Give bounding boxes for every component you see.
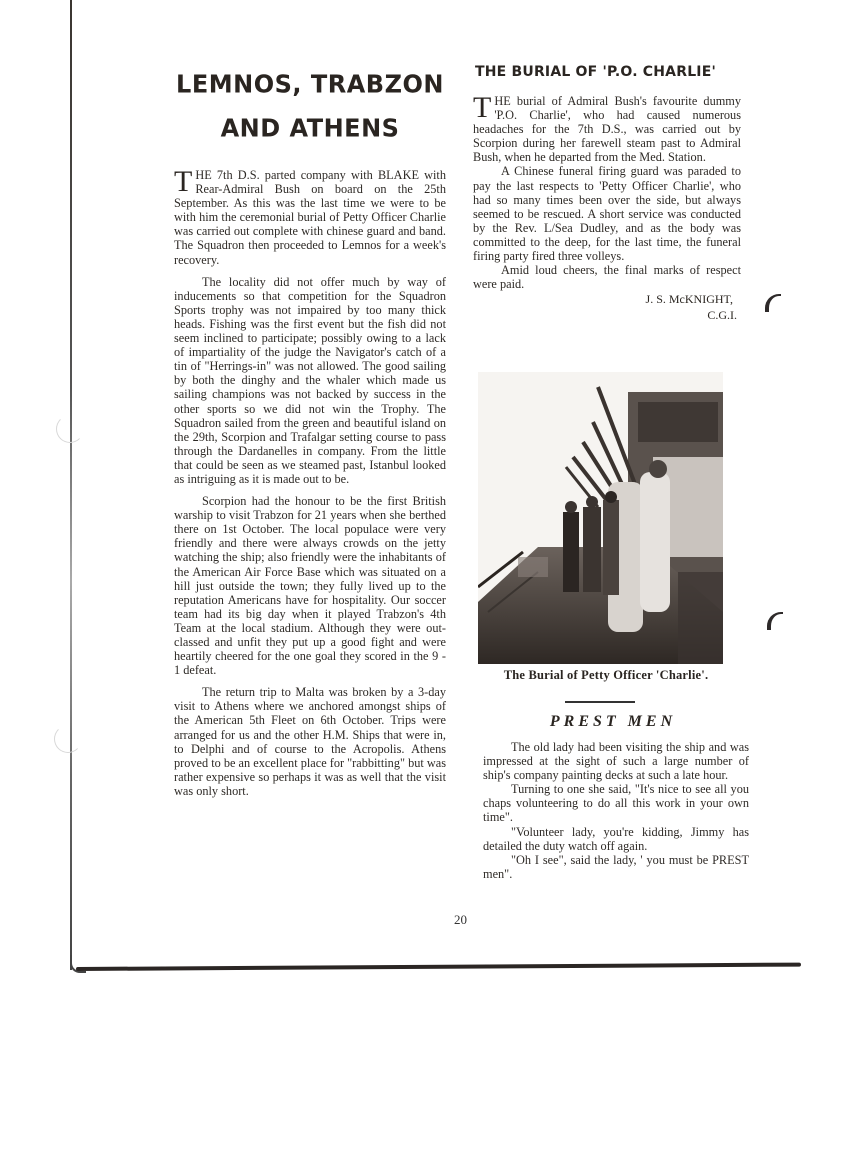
punch-hole-mark bbox=[56, 415, 84, 443]
article-paragraph: Turning to one she said, "It's nice to s… bbox=[483, 782, 749, 824]
article-paragraph: "Oh I see", said the lady, ' you must be… bbox=[483, 853, 749, 881]
author-name: J. S. McKNIGHT, bbox=[473, 291, 741, 307]
author-title: C.G.I. bbox=[473, 307, 741, 323]
page-left-edge bbox=[70, 0, 72, 970]
binder-clip-icon bbox=[765, 294, 781, 312]
article-prest-men: The old lady had been visiting the ship … bbox=[483, 740, 749, 881]
page-number: 20 bbox=[454, 912, 467, 928]
article-paragraph: The old lady had been visiting the ship … bbox=[483, 740, 749, 782]
article-paragraph: The locality did not offer much by way o… bbox=[174, 275, 446, 486]
punch-hole-mark bbox=[54, 725, 82, 753]
article-paragraph: Scorpion had the honour to be the first … bbox=[174, 494, 446, 677]
article-headline: THE BURIAL OF 'P.O. CHARLIE' bbox=[475, 64, 741, 80]
article-paragraph: The return trip to Malta was broken by a… bbox=[174, 685, 446, 798]
burial-photo bbox=[478, 372, 723, 664]
binder-clip-icon bbox=[767, 612, 783, 630]
article-burial-po-charlie: THE BURIAL OF 'P.O. CHARLIE' THE burial … bbox=[473, 62, 741, 323]
photo-caption: The Burial of Petty Officer 'Charlie'. bbox=[478, 668, 734, 683]
section-divider bbox=[565, 701, 635, 703]
article-paragraph: A Chinese funeral firing guard was parad… bbox=[473, 164, 741, 263]
headline-line-2: AND ATHENS bbox=[174, 105, 446, 151]
headline-line-1: LEMNOS, TRABZON bbox=[174, 61, 446, 107]
article-paragraph: THE burial of Admiral Bush's favourite d… bbox=[473, 94, 741, 164]
drop-cap: T bbox=[174, 170, 192, 194]
article-headline-prest-men: PREST MEN bbox=[478, 713, 748, 731]
page-bottom-edge bbox=[76, 963, 801, 971]
article-paragraph: THE 7th D.S. parted company with BLAKE w… bbox=[174, 168, 446, 267]
article-lemnos-trabzon-athens: LEMNOS, TRABZON AND ATHENS THE 7th D.S. … bbox=[174, 62, 446, 806]
article-paragraph: "Volunteer lady, you're kidding, Jimmy h… bbox=[483, 825, 749, 853]
drop-cap: T bbox=[473, 96, 491, 120]
photo-image-icon bbox=[478, 372, 723, 664]
article-paragraph: Amid loud cheers, the final marks of res… bbox=[473, 263, 741, 291]
